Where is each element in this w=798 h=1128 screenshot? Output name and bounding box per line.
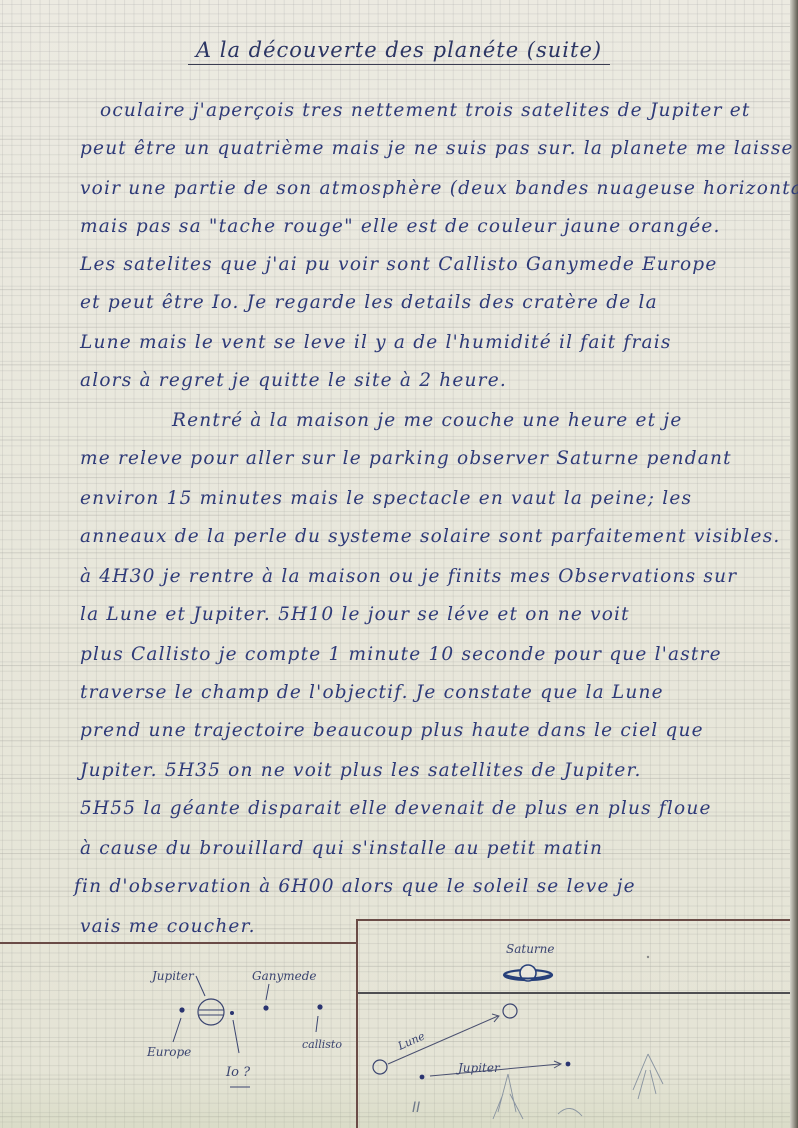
callisto-moon-icon [317, 1004, 322, 1009]
jupiter-label: Jupiter [149, 969, 195, 983]
moon-label: Lune [395, 1029, 427, 1053]
ganymede-moon-icon [263, 1005, 268, 1010]
europe-label: Europe [146, 1045, 191, 1059]
callisto-label: callisto [302, 1038, 342, 1051]
moon-start-icon [373, 1060, 387, 1074]
pencil-tree-icon [493, 1054, 663, 1119]
text-line: Rentré à la maison je me couche une heur… [172, 410, 682, 431]
ganymede-label: Ganymede [252, 969, 317, 983]
europe-moon-icon [179, 1007, 184, 1012]
text-line: Les satelites que j'ai pu voir sont Call… [80, 254, 717, 275]
text-line: Lune mais le vent se leve il y a de l'hu… [80, 332, 672, 353]
text-line: à cause du brouillard qui s'installe au … [80, 838, 603, 859]
trajectory-sketch: Lune Jupiter II [358, 994, 790, 1128]
text-line: oculaire j'aperçois tres nettement trois… [100, 100, 750, 121]
text-line: et peut être Io. Je regarde les details … [80, 292, 658, 313]
saturn-sketch: Saturne [358, 920, 790, 992]
jupiter-moons-sketch: Jupiter Ganymede Europe callisto Io ? [0, 940, 356, 1128]
text-line: mais pas sa "tache rouge" elle est de co… [80, 216, 721, 237]
text-line: traverse le champ de l'objectif. Je cons… [80, 682, 664, 703]
jupiter-planet-icon [198, 999, 224, 1025]
page-title-text: A la découverte des planéte (suite) [188, 38, 610, 65]
text-line: vais me coucher. [80, 916, 256, 937]
jupiter-end-icon [566, 1062, 571, 1067]
text-line: à 4H30 je rentre à la maison ou je finit… [80, 566, 737, 587]
text-line: 5H55 la géante disparait elle devenait d… [80, 798, 712, 819]
text-line: me releve pour aller sur le parking obse… [80, 448, 732, 469]
text-line: Jupiter. 5H35 on ne voit plus les satell… [80, 760, 642, 781]
jupiter-trajectory-label: Jupiter [455, 1061, 501, 1075]
text-line: peut être un quatrième mais je ne suis p… [80, 138, 794, 159]
text-line: anneaux de la perle du systeme solaire s… [80, 526, 780, 547]
text-line: fin d'observation à 6H00 alors que le so… [74, 876, 636, 897]
marker-label: II [412, 1100, 420, 1116]
text-line: prend une trajectoire beaucoup plus haut… [80, 720, 704, 741]
text-line: alors à regret je quitte le site à 2 heu… [80, 370, 507, 391]
text-line: plus Callisto je compte 1 minute 10 seco… [80, 644, 722, 665]
text-line: environ 15 minutes mais le spectacle en … [80, 488, 692, 509]
text-line: voir une partie de son atmosphère (deux … [80, 178, 798, 199]
page-edge-shadow [790, 0, 798, 1128]
text-line: la Lune et Jupiter. 5H10 le jour se léve… [80, 604, 630, 625]
io-moon-icon [230, 1011, 234, 1015]
saturn-label: Saturne [506, 942, 555, 956]
page-title: A la découverte des planéte (suite) [0, 38, 798, 62]
io-label: Io ? [225, 1065, 251, 1080]
moon-end-icon [503, 1004, 517, 1018]
jupiter-start-icon [420, 1075, 425, 1080]
